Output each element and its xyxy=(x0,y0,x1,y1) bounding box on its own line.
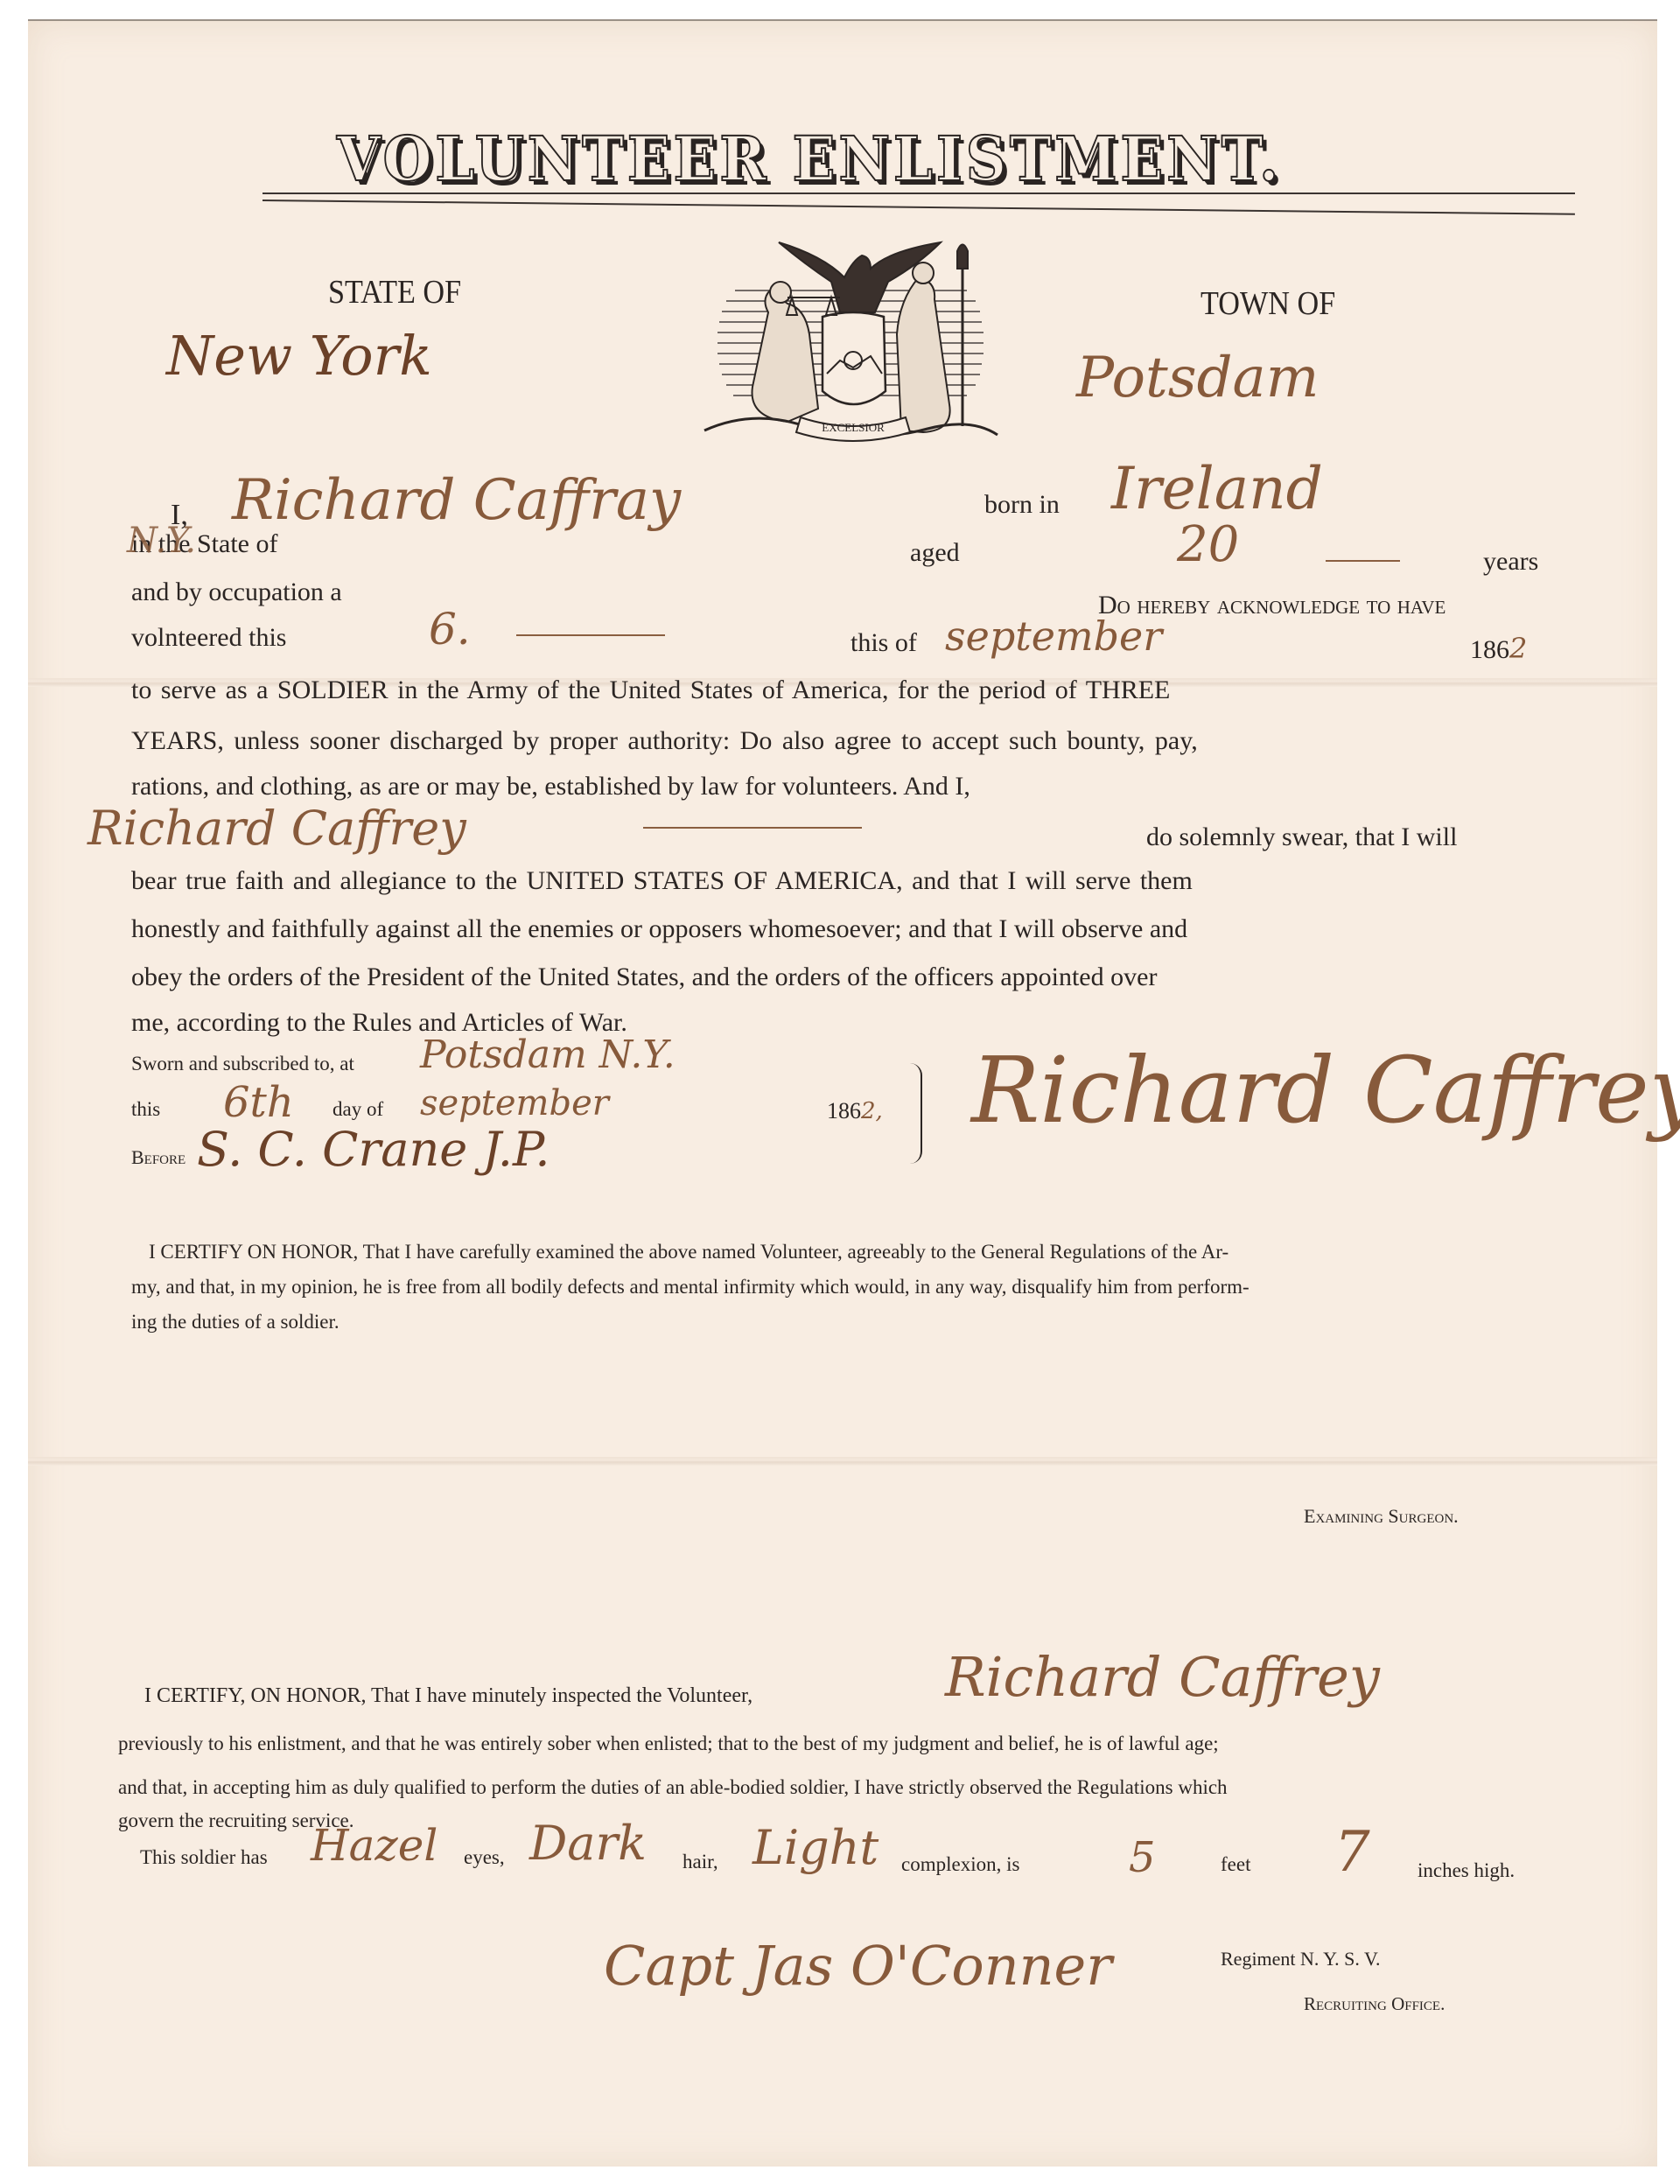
state-seal-crest-icon: EXCELSIOR xyxy=(700,229,1002,448)
town-value[interactable]: Potsdam xyxy=(1076,346,1319,410)
surgeon-cert-line-3: ing the duties of a soldier. xyxy=(131,1311,339,1333)
before-label: Before xyxy=(131,1146,185,1169)
aged-value[interactable]: 20 xyxy=(1177,516,1239,573)
oath-name[interactable]: Richard Caffrey xyxy=(87,801,466,856)
volunteer-signature[interactable]: Richard Caffrey xyxy=(971,1037,1680,1144)
before-value[interactable]: S. C. Crane J.P. xyxy=(197,1122,550,1177)
recruiting-cert-line-1: I CERTIFY, ON HONOR, That I have minutel… xyxy=(144,1684,752,1708)
aged-dash xyxy=(1326,560,1400,562)
inches-label: inches high. xyxy=(1417,1859,1515,1882)
eyes-value[interactable]: Hazel xyxy=(311,1820,437,1871)
town-of-label: TOWN OF xyxy=(1200,284,1335,323)
volunteered-month[interactable]: september xyxy=(945,612,1162,660)
in-state-value[interactable]: N.Y. xyxy=(127,521,196,561)
feet-value[interactable]: 5 xyxy=(1129,1833,1156,1882)
oath-name-dash xyxy=(643,827,862,829)
state-value[interactable]: New York xyxy=(166,324,432,388)
oath-line-4: bear true faith and allegiance to the UN… xyxy=(131,866,1193,896)
sworn-month[interactable]: september xyxy=(420,1083,609,1123)
svg-text:EXCELSIOR: EXCELSIOR xyxy=(822,421,885,434)
document-title: VOLUNTEER ENLISTMENT. xyxy=(337,122,1282,195)
oath-line-6: obey the orders of the President of the … xyxy=(131,962,1157,992)
this-of-label: this of xyxy=(850,628,917,658)
officer-signature[interactable]: Capt Jas O'Conner xyxy=(604,1934,1112,1998)
recruiting-office-label: Recruiting Office. xyxy=(1304,1993,1445,2015)
feet-label: feet xyxy=(1221,1853,1250,1876)
volunteered-day[interactable]: 6. xyxy=(429,604,471,654)
state-of-label: STATE OF xyxy=(328,273,461,311)
hair-label: hair, xyxy=(682,1851,718,1873)
inches-value[interactable]: 7 xyxy=(1334,1820,1370,1885)
eyes-label: eyes, xyxy=(464,1846,505,1869)
born-in-value[interactable]: Ireland xyxy=(1111,455,1323,522)
recruiting-cert-line-2: previously to his enlistment, and that h… xyxy=(118,1732,1219,1755)
volunteered-day-dash xyxy=(516,634,665,636)
title-rule-top xyxy=(262,192,1575,194)
born-in-label: born in xyxy=(984,490,1060,520)
sworn-bracket xyxy=(910,1063,922,1164)
examining-surgeon-label: Examining Surgeon. xyxy=(1304,1505,1459,1528)
sworn-day[interactable]: 6th xyxy=(223,1078,294,1127)
aged-label: aged xyxy=(910,538,960,568)
oath-line-2: YEARS, unless sooner discharged by prope… xyxy=(131,726,1198,756)
volunteer-name[interactable]: Richard Caffray xyxy=(232,468,681,533)
oath-line-3: rations, and clothing, as are or may be,… xyxy=(131,772,970,801)
surgeon-cert-line-2: my, and that, in my opinion, he is free … xyxy=(131,1276,1249,1298)
swear-label: do solemnly swear, that I will xyxy=(1146,822,1457,852)
complexion-label: complexion, is xyxy=(901,1853,1019,1876)
day-of-label: day of xyxy=(332,1098,383,1121)
occupation-label: and by occupation a xyxy=(131,577,342,607)
surgeon-cert-line-1: I CERTIFY ON HONOR, That I have carefull… xyxy=(149,1241,1228,1263)
complexion-value[interactable]: Light xyxy=(752,1820,878,1875)
sworn-this-label: this xyxy=(131,1098,160,1121)
sworn-year: 1862, xyxy=(827,1098,883,1124)
sworn-label: Sworn and subscribed to, at xyxy=(131,1053,354,1075)
volunteered-label: volnteered this xyxy=(131,623,286,653)
hair-value[interactable]: Dark xyxy=(529,1816,647,1871)
sworn-place[interactable]: Potsdam N.Y. xyxy=(420,1032,675,1077)
years-label: years xyxy=(1483,547,1538,577)
volunteered-year: 1862 xyxy=(1470,632,1527,665)
inspected-volunteer-name[interactable]: Richard Caffrey xyxy=(945,1645,1380,1709)
oath-line-5: honestly and faithfully against all the … xyxy=(131,914,1187,944)
regiment-label: Regiment N. Y. S. V. xyxy=(1221,1948,1381,1970)
oath-line-1: to serve as a SOLDIER in the Army of the… xyxy=(131,675,1170,705)
fold-crease-lower xyxy=(28,1457,1657,1466)
recruiting-cert-line-3: and that, in accepting him as duly quali… xyxy=(118,1776,1228,1799)
soldier-has-label: This soldier has xyxy=(140,1846,268,1869)
